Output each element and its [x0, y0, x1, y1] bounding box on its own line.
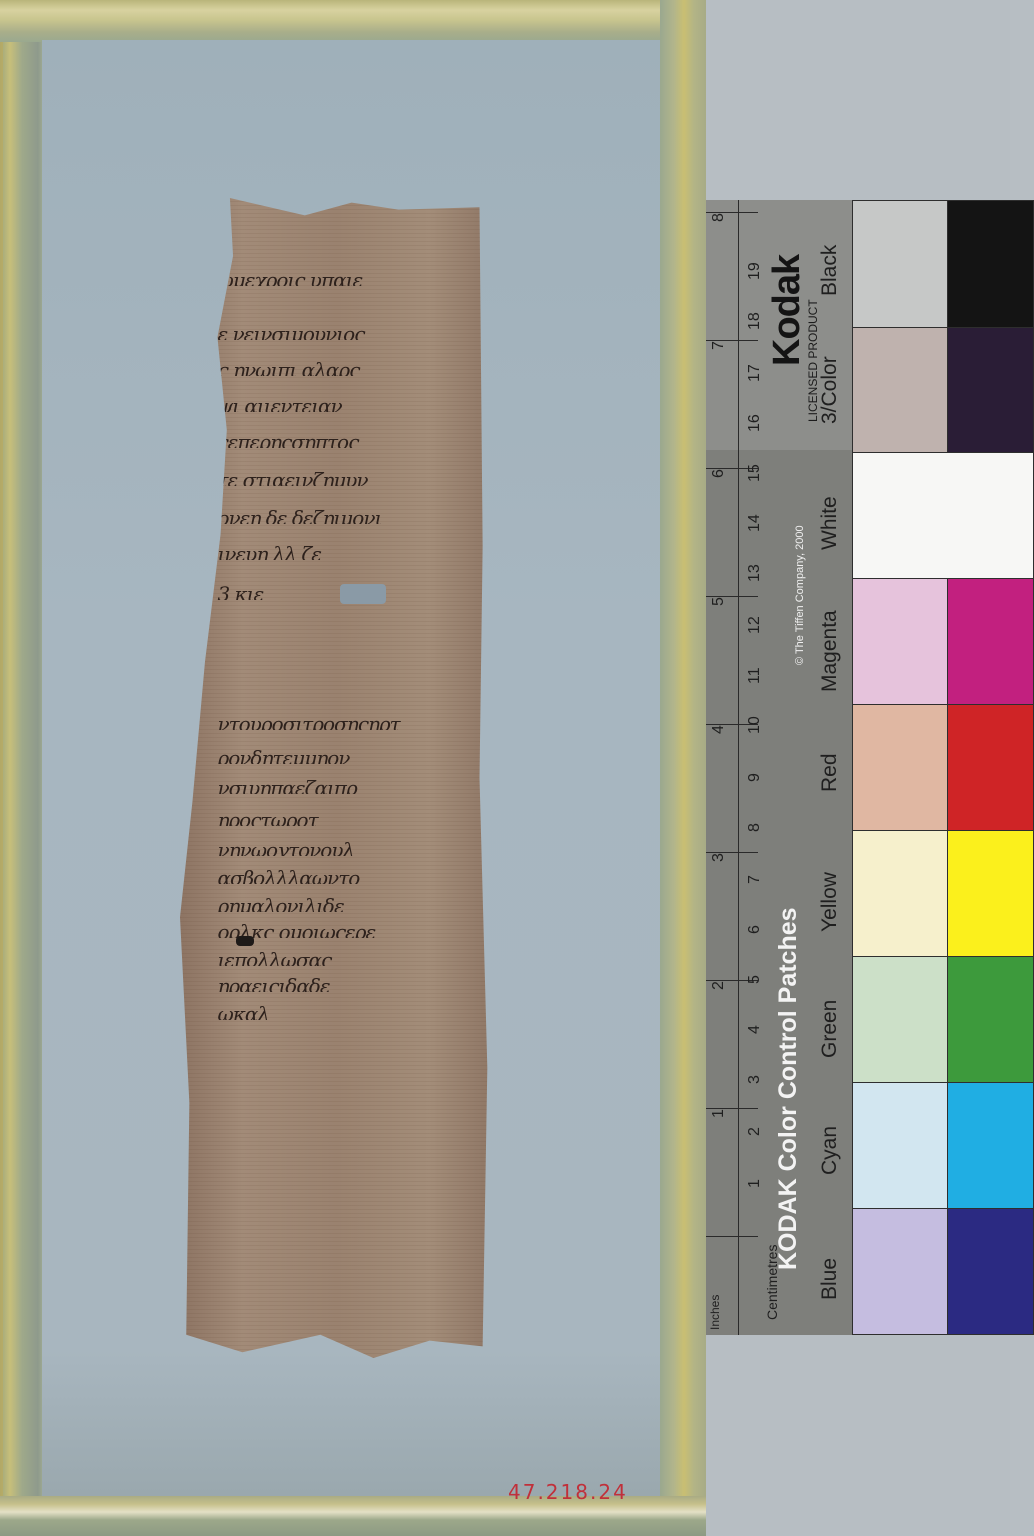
text-line: ωκαλ [217, 1002, 482, 1020]
cm-label: 1 [746, 1179, 764, 1188]
patch-cyan-dark [947, 1082, 1034, 1209]
ink-blot [236, 936, 254, 946]
patch-red-dark [947, 704, 1034, 831]
text-line: νηνωογτονουλ [217, 838, 482, 856]
inch-label: 4 [710, 725, 728, 734]
cm-label: 9 [746, 773, 764, 782]
patch-blue-light [852, 1208, 948, 1335]
patch-label-yellow: Yellow [818, 872, 842, 932]
text-line: ηροςτωροτ [217, 808, 482, 826]
patch-label-black: Black [818, 245, 842, 296]
patch-3color-dark [947, 327, 1034, 453]
patch-yellow-light [852, 830, 948, 957]
cm-label: 15 [746, 464, 764, 482]
cm-label: 7 [746, 875, 764, 884]
patch-magenta-dark [947, 578, 1034, 705]
patch-label-white: White [818, 496, 842, 550]
accession-number: 47.218.24 [508, 1480, 628, 1504]
patch-cyan-light [852, 1082, 948, 1209]
patch-white [852, 452, 1034, 579]
frame-top-edge [0, 0, 706, 42]
text-line: ντουροσιτροσηςηρτ [217, 712, 482, 730]
cm-label: 14 [746, 514, 764, 532]
cm-label: 16 [746, 414, 764, 432]
text-line: ε νεινσιμουνιος [217, 322, 482, 340]
inches-unit-label: Inches [708, 1295, 722, 1330]
cm-label: 2 [746, 1127, 764, 1136]
text-line: ς ηνωιπι αλαρς [217, 358, 482, 376]
patch-3color-light [852, 327, 948, 453]
text-line: ςεπερηςσηπτος [217, 430, 482, 448]
patch-label-magenta: Magenta [818, 610, 842, 692]
papyrus-fragment: ωμεχροις υπαιε ε νεινσιμουνιος ς ηνωιπι … [180, 198, 492, 1358]
inch-label: 3 [710, 853, 728, 862]
frame-right-edge [660, 0, 706, 1536]
cm-label: 18 [746, 312, 764, 330]
patch-label-3color: 3/Color [818, 356, 842, 424]
cm-label: 5 [746, 975, 764, 984]
patch-black-light [852, 200, 948, 328]
patch-red-light [852, 704, 948, 831]
text-line: ωμεχροις υπαιε [217, 268, 482, 286]
cm-label: 17 [746, 364, 764, 382]
patch-blue-dark [947, 1208, 1034, 1335]
patch-yellow-dark [947, 830, 1034, 957]
text-line: ψι αιιεντειαν [217, 394, 482, 412]
strip-title: KODAK Color Control Patches [774, 907, 803, 1270]
text-line: ορλκς ομοιωςερε [217, 920, 482, 938]
cm-label: 4 [746, 1025, 764, 1034]
text-line: ηραειςιδαδε [217, 974, 482, 992]
patch-label-red: Red [818, 753, 842, 792]
inch-label: 1 [710, 1109, 728, 1118]
cm-label: 6 [746, 925, 764, 934]
inch-label: 5 [710, 597, 728, 606]
cm-label: 8 [746, 823, 764, 832]
text-line: ρημαλονιλιδε [217, 894, 482, 912]
kodak-logo: Kodak [766, 255, 809, 366]
text-line: ασβολλλαωντο [217, 866, 482, 884]
text-line: τε στιαεινζημυν [217, 468, 482, 486]
patch-magenta-light [852, 578, 948, 705]
patch-label-blue: Blue [818, 1258, 842, 1300]
cm-label: 13 [746, 564, 764, 582]
ruler-tick [706, 1236, 758, 1237]
papyrus-hole [340, 584, 386, 604]
cm-label: 19 [746, 262, 764, 280]
ruler-inch-line [738, 200, 739, 1335]
text-line: ινευη λλ ζε [217, 542, 482, 560]
patch-black-dark [947, 200, 1034, 328]
patch-green-light [852, 956, 948, 1083]
copyright-notice: © The Tiffen Company, 2000 [794, 525, 806, 665]
cm-label: 12 [746, 616, 764, 634]
inch-label: 8 [710, 213, 728, 222]
cm-label: 11 [746, 667, 764, 684]
inch-label: 7 [710, 341, 728, 350]
ruler-panel: 8 7 6 5 4 3 2 1 Inches 19 18 17 16 15 14… [706, 200, 854, 1335]
patch-label-green: Green [818, 1000, 842, 1058]
patch-green-dark [947, 956, 1034, 1083]
cm-label: 3 [746, 1075, 764, 1084]
inch-label: 6 [710, 469, 728, 478]
inch-label: 2 [710, 981, 728, 990]
kodak-color-control-strip: 8 7 6 5 4 3 2 1 Inches 19 18 17 16 15 14… [706, 200, 1034, 1335]
text-line: ρονδητεμμηον [217, 746, 482, 764]
text-line: ονεη δε δεζηιμονι [217, 506, 482, 524]
text-line: ιεπολλωσας [217, 948, 482, 966]
cm-label: 10 [746, 716, 764, 734]
patch-label-cyan: Cyan [818, 1126, 842, 1175]
text-line: νσιυηπαεζαιπρ [217, 776, 482, 794]
